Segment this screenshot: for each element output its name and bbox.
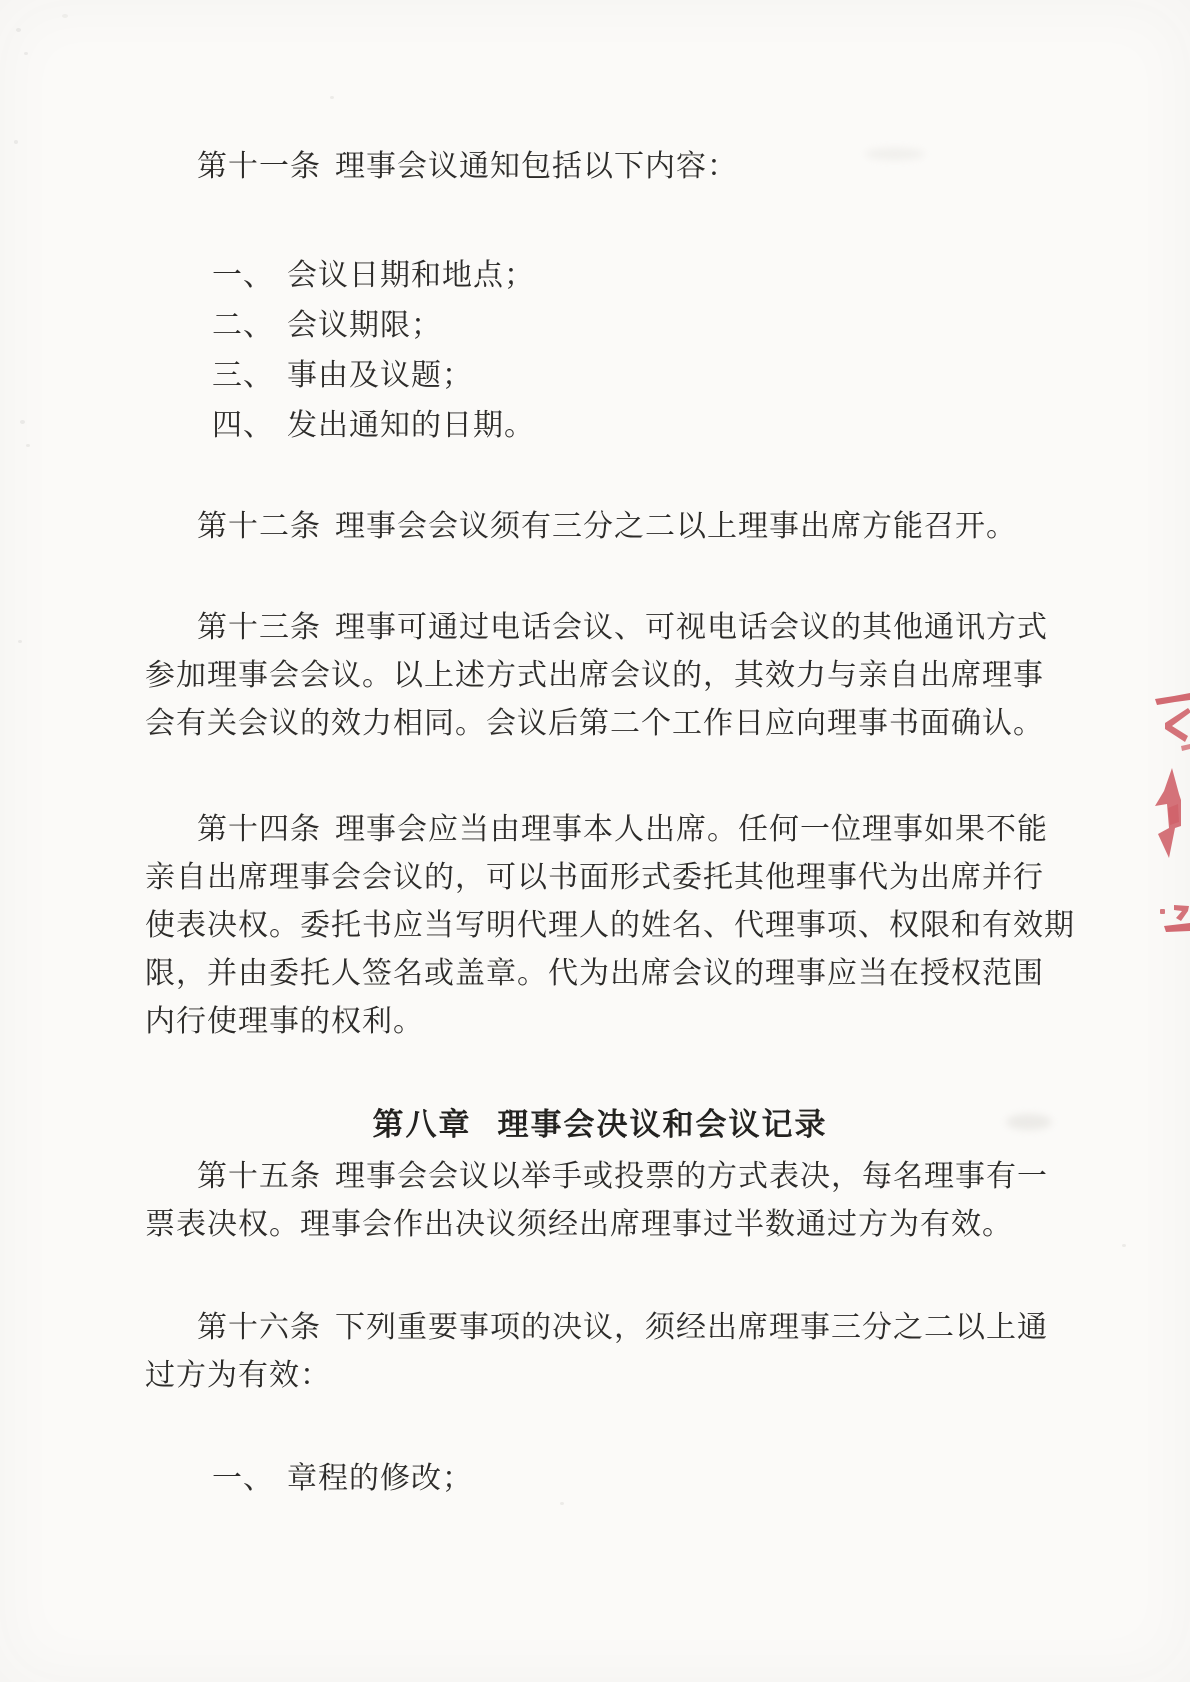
list-item-marker: 一、 — [212, 251, 287, 301]
scan-ghost-mark — [1006, 1114, 1052, 1130]
article-13-text: 理事可通过电话会议、可视电话会议的其他通讯方式 — [335, 611, 1048, 644]
article-14-line: 限，并由委托人签名或盖章。代为出席会议的理事应当在授权范围 — [145, 950, 1055, 998]
article-11-text: 理事会议通知包括以下内容： — [335, 150, 738, 183]
list-item: 二、会议期限； — [145, 301, 1055, 351]
article-13-line: 会有关会议的效力相同。会议后第二个工作日应向理事书面确认。 — [145, 700, 1055, 748]
scan-speck — [26, 444, 30, 447]
article-15-line: 第十五条理事会会议以举手或投票的方式表决，每名理事有一 — [145, 1153, 1055, 1201]
scan-speck — [16, 28, 21, 32]
article-12-text: 理事会会议须有三分之二以上理事出席方能召开。 — [335, 510, 1017, 543]
scan-speck — [14, 140, 18, 144]
list-item: 三、事由及议题； — [145, 351, 1055, 401]
list-item-marker: 二、 — [212, 301, 287, 351]
scan-speck — [24, 52, 28, 55]
article-12-label: 第十二条 — [197, 510, 321, 543]
article-13-line: 参加理事会会议。以上述方式出席会议的，其效力与亲自出席理事 — [145, 652, 1055, 700]
article-14-paragraph: 第十四条理事会应当由理事本人出席。任何一位理事如果不能 亲自出席理事会会议的，可… — [145, 806, 1055, 1046]
article-16-line: 第十六条下列重要事项的决议，须经出席理事三分之二以上通 — [145, 1304, 1055, 1352]
list-item-text: 会议日期和地点； — [287, 259, 535, 292]
article-16-paragraph: 第十六条下列重要事项的决议，须经出席理事三分之二以上通 过方为有效： — [145, 1304, 1055, 1400]
article-15-text: 理事会会议以举手或投票的方式表决，每名理事有一 — [335, 1160, 1048, 1193]
list-item-text: 事由及议题； — [287, 359, 473, 392]
amendment-items-list: 一、章程的修改； — [145, 1454, 1055, 1504]
article-16-line: 过方为有效： — [145, 1352, 1055, 1400]
red-seal-fragment-icon — [1148, 688, 1190, 938]
article-13-line: 第十三条理事可通过电话会议、可视电话会议的其他通讯方式 — [145, 604, 1055, 652]
list-item-marker: 四、 — [212, 401, 287, 451]
article-14-line: 亲自出席理事会会议的，可以书面形式委托其他理事代为出席并行 — [145, 854, 1055, 902]
chapter-8-heading: 第八章理事会决议和会议记录 — [145, 1101, 1055, 1149]
chapter-number: 第八章 — [373, 1107, 472, 1142]
list-item-marker: 一、 — [212, 1454, 287, 1504]
list-item: 一、章程的修改； — [145, 1454, 1055, 1504]
article-14-line: 使表决权。委托书应当写明代理人的姓名、代理事项、权限和有效期 — [145, 902, 1055, 950]
document-body: 第十一条理事会议通知包括以下内容： 一、会议日期和地点； 二、会议期限； 三、事… — [145, 143, 1055, 1504]
list-item: 四、发出通知的日期。 — [145, 401, 1055, 451]
list-item-marker: 三、 — [212, 351, 287, 401]
scan-speck — [560, 1502, 564, 1505]
article-16-label: 第十六条 — [197, 1311, 321, 1344]
list-item: 一、会议日期和地点； — [145, 251, 1055, 301]
scan-speck — [62, 14, 68, 18]
article-15-line: 票表决权。理事会作出决议须经出席理事过半数通过方为有效。 — [145, 1201, 1055, 1249]
article-15-label: 第十五条 — [197, 1160, 321, 1193]
article-14-label: 第十四条 — [197, 813, 321, 846]
article-15-paragraph: 第十五条理事会会议以举手或投票的方式表决，每名理事有一 票表决权。理事会作出决议… — [145, 1153, 1055, 1249]
list-item-text: 章程的修改； — [287, 1462, 473, 1495]
scan-speck — [330, 96, 334, 99]
article-14-line: 内行使理事的权利。 — [145, 998, 1055, 1046]
scan-ghost-mark — [865, 148, 925, 160]
scanned-document-page: 第十一条理事会议通知包括以下内容： 一、会议日期和地点； 二、会议期限； 三、事… — [0, 0, 1190, 1682]
article-14-line: 第十四条理事会应当由理事本人出席。任何一位理事如果不能 — [145, 806, 1055, 854]
scan-speck — [1122, 1244, 1126, 1247]
notice-items-list: 一、会议日期和地点； 二、会议期限； 三、事由及议题； 四、发出通知的日期。 — [145, 251, 1055, 451]
scan-speck — [20, 420, 25, 424]
article-16-text: 下列重要事项的决议，须经出席理事三分之二以上通 — [335, 1311, 1048, 1344]
article-13-paragraph: 第十三条理事可通过电话会议、可视电话会议的其他通讯方式 参加理事会会议。以上述方… — [145, 604, 1055, 748]
scan-speck — [18, 640, 22, 643]
list-item-text: 会议期限； — [287, 309, 442, 342]
article-13-label: 第十三条 — [197, 611, 321, 644]
article-14-text: 理事会应当由理事本人出席。任何一位理事如果不能 — [335, 813, 1048, 846]
article-11-label: 第十一条 — [197, 150, 321, 183]
list-item-text: 发出通知的日期。 — [287, 409, 535, 442]
chapter-title: 理事会决议和会议记录 — [498, 1107, 828, 1142]
article-12-line: 第十二条理事会会议须有三分之二以上理事出席方能召开。 — [145, 503, 1055, 551]
